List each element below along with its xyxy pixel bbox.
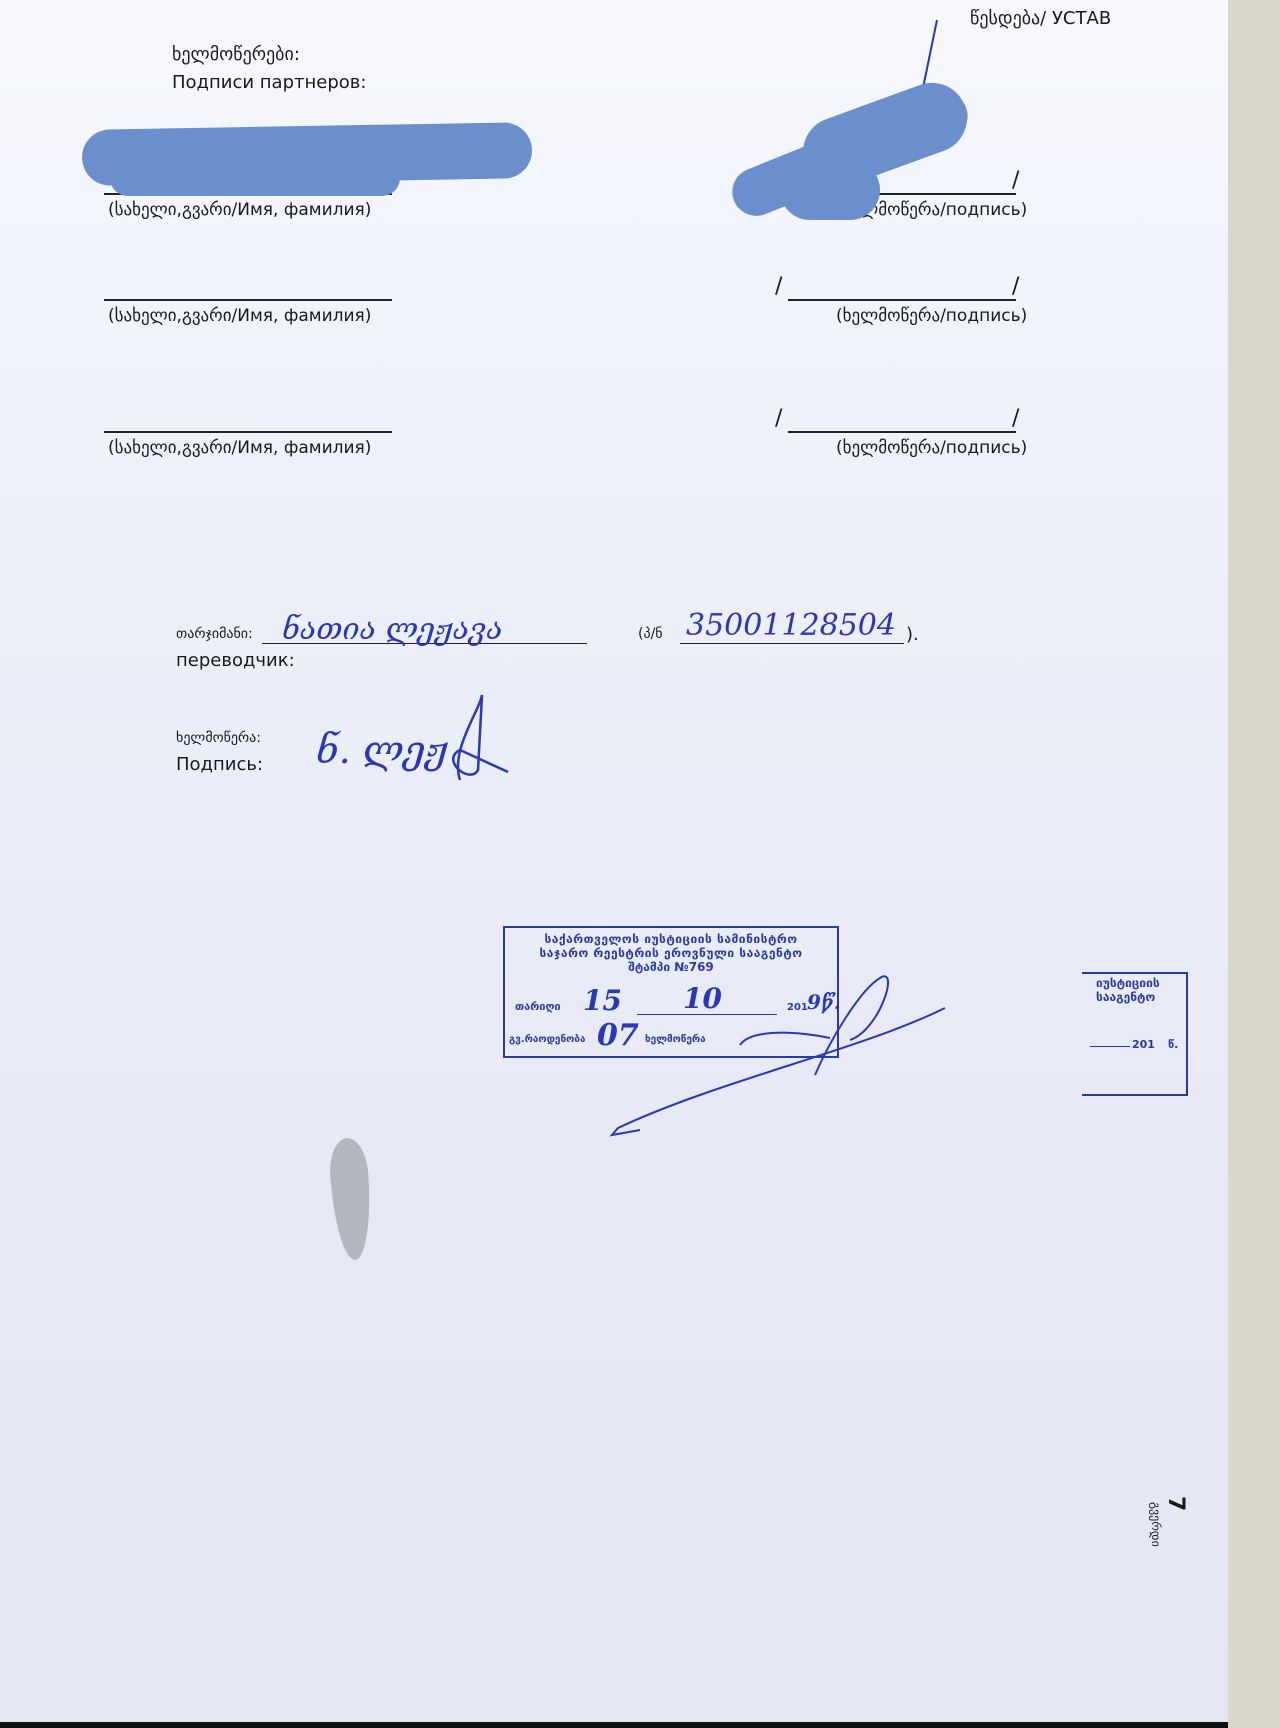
slash-right: / <box>1012 274 1019 299</box>
signature-line <box>788 431 1016 433</box>
name-caption: (სახელი,გვარი/Имя, фамилия) <box>108 438 371 458</box>
redaction-name-blot-2 <box>110 160 400 196</box>
page-label: გვერდი <box>1149 1502 1163 1547</box>
document-page: წესდება/ УСТАВ ხელმოწერები: Подписи парт… <box>0 0 1228 1722</box>
signature-caption: (ხელმოწერა/подпись) <box>836 438 1027 458</box>
stamp-signature-scribble <box>600 970 960 1140</box>
partial-stamp-line-2: სააგენტო <box>1096 990 1186 1004</box>
translator-label-ka: თარჯიმანი: <box>176 626 253 642</box>
translator-id-label: (პ/ნ <box>638 626 663 642</box>
translator-id-close: ). <box>906 624 919 645</box>
pen-stroke-mark <box>915 20 945 90</box>
stamp-line-1: საქართველოს იუსტიციის სამინისტრო <box>505 932 837 946</box>
signature-caption: (ხელმოწერა/подпись) <box>836 306 1027 326</box>
page-number: 7 <box>1163 1496 1188 1511</box>
signature-flourish <box>420 690 510 790</box>
partial-stamp-year-suffix: წ. <box>1168 1038 1178 1051</box>
partial-stamp-year: 201 <box>1132 1038 1155 1051</box>
slash-left: / <box>775 274 782 299</box>
partial-stamp: იუსტიციის სააგენტო 201 წ. <box>1082 972 1188 1096</box>
partners-heading-ka: ხელმოწერები: <box>172 44 300 65</box>
translator-id-line <box>680 643 904 644</box>
name-line <box>104 431 392 433</box>
scan-bottom-edge <box>0 1722 1228 1728</box>
ink-smudge <box>328 1137 374 1261</box>
page-number-footer: 7 გვერდი <box>1149 1496 1188 1547</box>
translator-label-ru: переводчик: <box>176 650 295 671</box>
slash-right: / <box>1012 168 1019 193</box>
partial-stamp-line <box>1090 1046 1130 1047</box>
document-title: წესდება/ УСТАВ <box>970 8 1111 29</box>
stamp-line-2: საჯარო რეესტრის ეროვნული სააგენტო <box>505 946 837 960</box>
name-line <box>104 299 392 301</box>
slash-right: / <box>1012 406 1019 431</box>
translator-handwritten-name: ნათია ლეჟავა <box>282 612 503 647</box>
stamp-date-label: თარიღი <box>515 1000 561 1013</box>
partners-heading-ru: Подписи партнеров: <box>172 72 366 93</box>
redaction-signature-blot-3 <box>780 160 880 220</box>
partial-stamp-line-1: იუსტიციის <box>1096 976 1186 990</box>
name-caption: (სახელი,გვარი/Имя, фамилия) <box>108 306 371 326</box>
slash-left: / <box>775 406 782 431</box>
signature-label-ka: ხელმოწერა: <box>176 730 261 746</box>
translator-id-number: 35001128504 <box>686 608 896 643</box>
signature-label-ru: Подпись: <box>176 754 263 775</box>
stamp-pages-label: გვ.რაოდენობა <box>509 1034 585 1045</box>
name-caption: (სახელი,გვარი/Имя, фамилия) <box>108 200 371 220</box>
signature-line <box>788 299 1016 301</box>
